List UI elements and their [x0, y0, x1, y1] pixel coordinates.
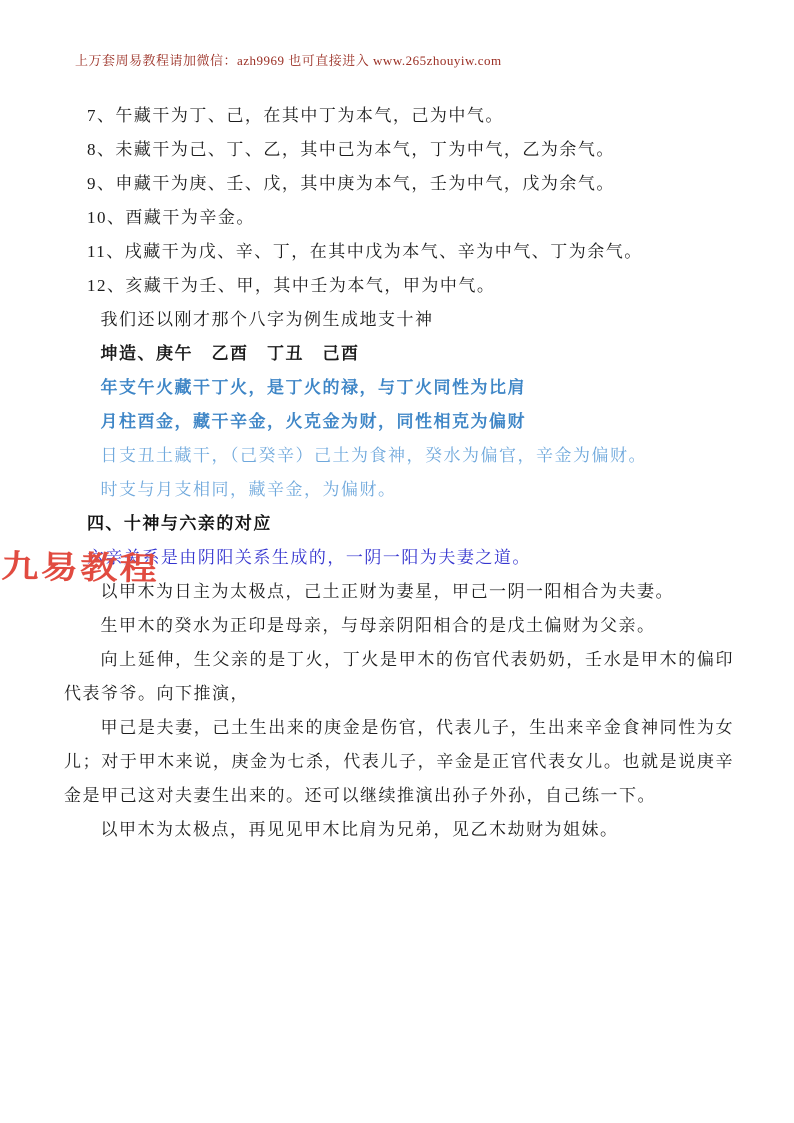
hidden-stem-item-7: 7、午藏干为丁、己，在其中丁为本气，己为中气。	[64, 99, 734, 133]
hidden-stem-item-12: 12、亥藏干为壬、甲，其中壬为本气，甲为中气。	[64, 269, 734, 303]
paragraph-siblings: 以甲木为太极点，再见见甲木比肩为兄弟，见乙木劫财为姐妹。	[64, 813, 734, 847]
day-branch-analysis-line: 日支丑土藏干，（己癸辛）己土为食神，癸水为偏官，辛金为偏财。	[64, 439, 734, 473]
hour-branch-analysis-line: 时支与月支相同，藏辛金，为偏财。	[64, 473, 734, 507]
hidden-stem-item-8: 8、未藏干为己、丁、乙，其中己为本气，丁为中气，乙为余气。	[64, 133, 734, 167]
paragraph-grandparents: 向上延伸，生父亲的是丁火，丁火是甲木的伤官代表奶奶，壬水是甲木的偏印代表爷爷。向…	[64, 643, 734, 711]
six-relatives-yinyang-line: 六亲关系是由阴阳关系生成的，一阴一阳为夫妻之道。	[64, 541, 734, 575]
hidden-stem-item-9: 9、申藏干为庚、壬、戊，其中庚为本气，壬为中气，戊为余气。	[64, 167, 734, 201]
document-body: 7、午藏干为丁、己，在其中丁为本气，己为中气。 8、未藏干为己、丁、乙，其中己为…	[64, 99, 734, 847]
example-intro-line: 我们还以刚才那个八字为例生成地支十神	[64, 303, 734, 337]
page-header-promo-text: 上万套周易教程请加微信：azh9969 也可直接进入 www.265zhouyi…	[75, 50, 734, 69]
year-branch-analysis-line: 年支午火藏干丁火，是丁火的禄，与丁火同性为比肩	[64, 371, 734, 405]
red-watermark-jiuyi-jiaocheng: 九易教程	[1, 541, 160, 590]
month-pillar-analysis-line: 月柱酉金，藏干辛金，火克金为财，同性相克为偏财	[64, 405, 734, 439]
paragraph-mother-father: 生甲木的癸水为正印是母亲，与母亲阴阳相合的是戊土偏财为父亲。	[64, 609, 734, 643]
section-heading-ten-gods-six-relatives: 四、十神与六亲的对应	[64, 507, 734, 541]
paragraph-children: 甲己是夫妻，己土生出来的庚金是伤官，代表儿子，生出来辛金食神同性为女儿；对于甲木…	[64, 711, 734, 813]
hidden-stem-item-10: 10、酉藏干为辛金。	[64, 201, 734, 235]
bazi-pillars-line: 坤造、庚午 乙酉 丁丑 己酉	[64, 337, 734, 371]
document-page: 上万套周易教程请加微信：azh9969 也可直接进入 www.265zhouyi…	[0, 0, 794, 1123]
hidden-stem-item-11: 11、戌藏干为戊、辛、丁，在其中戊为本气、辛为中气、丁为余气。	[64, 235, 734, 269]
paragraph-wife-star: 以甲木为日主为太极点，己土正财为妻星，甲己一阴一阳相合为夫妻。	[64, 575, 734, 609]
